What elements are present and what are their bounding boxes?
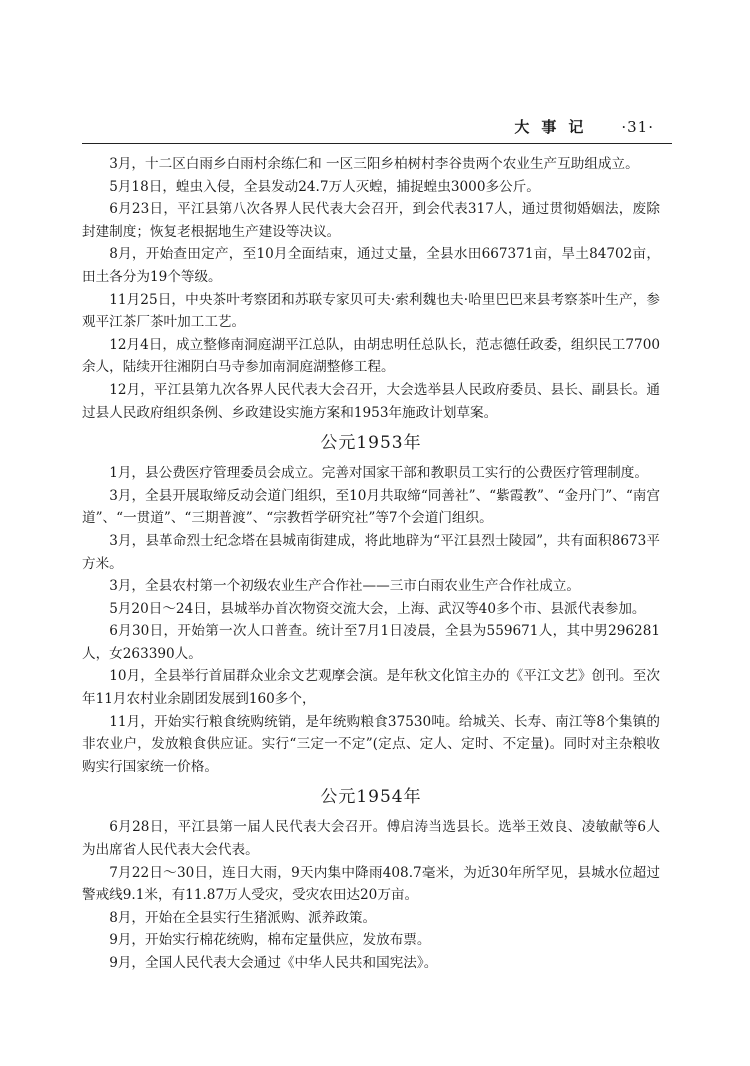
- entry: 12月4日，成立整修南洞庭湖平江总队，由胡忠明任总队长，范志德任政委，组织民工7…: [82, 334, 660, 379]
- entry: 5月20日～24日，县城举办首次物资交流大会，上海、武汉等40多个市、县派代表参…: [82, 598, 660, 621]
- entry: 6月28日，平江县第一届人民代表大会召开。傅启涛当选县长。选举王效良、凌敏献等6…: [82, 816, 660, 861]
- section-1954: 公元1954年 6月28日，平江县第一届人民代表大会召开。傅启涛当选县长。选举王…: [82, 784, 660, 974]
- entry: 3月，十二区白雨乡白雨村余练仁和 一区三阳乡柏树村李谷贵两个农业生产互助组成立。: [82, 153, 660, 176]
- entry: 11月，开始实行粮食统购统销，是年统购粮食37530吨。给城关、长寿、南江等8个…: [82, 711, 660, 779]
- entry: 9月，全国人民代表大会通过《中华人民共和国宪法》。: [82, 952, 660, 975]
- entry: 12月，平江县第九次各界人民代表大会召开，大会选举县人民政府委员、县长、副县长。…: [82, 379, 660, 424]
- entry: 7月22日～30日，连日大雨，9天内集中降雨408.7毫米，为近30年所罕见，县…: [82, 862, 660, 907]
- year-heading: 公元1954年: [82, 784, 660, 810]
- entry: 3月，县革命烈士纪念塔在县城南街建成，将此地辟为“平江县烈士陵园”，共有面积86…: [82, 530, 660, 575]
- running-head-title: 大事记: [514, 116, 595, 137]
- section-1952-continued: 3月，十二区白雨乡白雨村余练仁和 一区三阳乡柏树村李谷贵两个农业生产互助组成立。…: [82, 153, 660, 424]
- entry: 3月，全县开展取缔反动会道门组织，至10月共取缔“同善社”、“紫霞教”、“金丹门…: [82, 485, 660, 530]
- entry: 1月，县公费医疗管理委员会成立。完善对国家干部和教职员工实行的公费医疗管理制度。: [82, 462, 660, 485]
- entry: 10月，全县举行首届群众业余文艺观摩会演。是年秋文化馆主办的《平江文艺》创刊。至…: [82, 665, 660, 710]
- running-head: 大事记 ·31·: [514, 116, 654, 137]
- entry: 5月18日，蝗虫入侵，全县发动24.7万人灭蝗，捕捉蝗虫3000多公斤。: [82, 176, 660, 199]
- entry: 8月，开始查田定产，至10月全面结束，通过丈量，全县水田667371亩，旱土84…: [82, 243, 660, 288]
- body-text: 3月，十二区白雨乡白雨村余练仁和 一区三阳乡柏树村李谷贵两个农业生产互助组成立。…: [82, 153, 660, 975]
- header-rule: [82, 143, 672, 144]
- entry: 9月，开始实行棉花统购，棉布定量供应，发放布票。: [82, 929, 660, 952]
- entry: 6月23日，平江县第八次各界人民代表大会召开，到会代表317人，通过贯彻婚姻法，…: [82, 198, 660, 243]
- entry: 8月，开始在全县实行生猪派购、派养政策。: [82, 907, 660, 930]
- section-1953: 公元1953年 1月，县公费医疗管理委员会成立。完善对国家干部和教职员工实行的公…: [82, 430, 660, 778]
- page-number: ·31·: [621, 118, 654, 136]
- entry: 11月25日，中央茶叶考察团和苏联专家贝可夫·索利魏也夫·哈里巴巴来县考察茶叶生…: [82, 289, 660, 334]
- entry: 3月，全县农村第一个初级农业生产合作社——三市白雨农业生产合作社成立。: [82, 575, 660, 598]
- entry: 6月30日，开始第一次人口普查。统计至7月1日凌晨，全县为559671人，其中男…: [82, 620, 660, 665]
- year-heading: 公元1953年: [82, 430, 660, 456]
